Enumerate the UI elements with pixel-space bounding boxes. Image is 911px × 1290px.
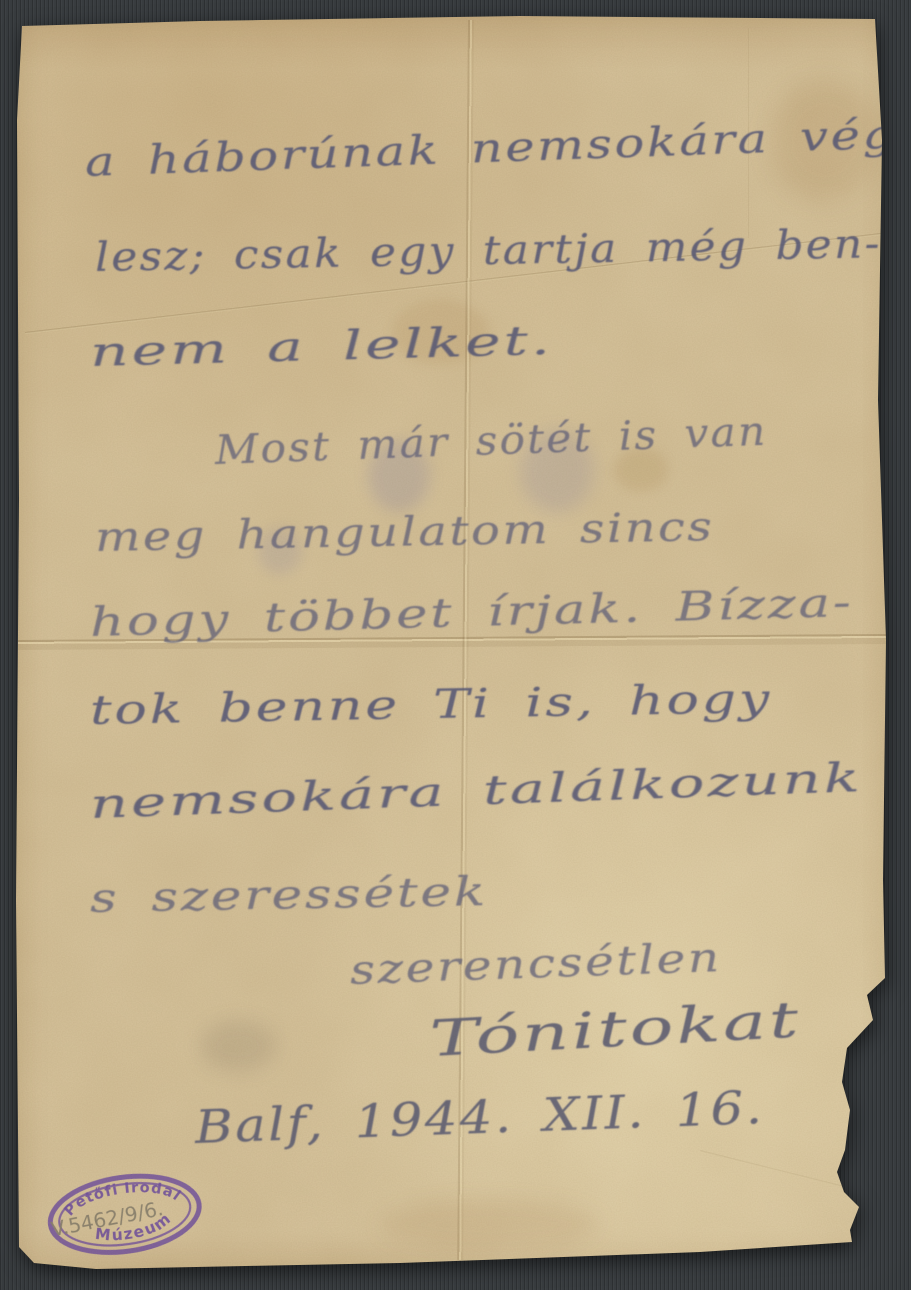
letter-line-2: lesz; csak egy tartja még ben- <box>95 221 882 281</box>
letter-line-4: Most már sötét is van <box>214 409 768 474</box>
letter-line-1: a háborúnak nemsokára vége <box>84 111 911 186</box>
letter-paper: a háborúnak nemsokára vége lesz; csak eg… <box>0 0 911 1290</box>
crease-bottom-right <box>700 1150 846 1188</box>
paper-stain <box>200 1020 276 1072</box>
letter-line-7: tok benne Ti is, hogy <box>90 676 773 734</box>
museum-stamp: Petőfi Irodalmi Múzeum V.5462/9/6. <box>36 1159 217 1274</box>
fold-crease-vertical <box>457 20 474 1260</box>
paper-wrap: a háborúnak nemsokára vége lesz; csak eg… <box>0 0 911 1290</box>
signature: Tónitokat <box>428 991 802 1068</box>
letter-line-10: szerencsétlen <box>349 935 722 994</box>
letter-line-3: nem a lelket. <box>89 318 553 376</box>
paper-stain <box>380 1200 600 1250</box>
letter-line-8: nemsokára találkozunk <box>89 755 863 828</box>
letter-line-6: hogy többet írjak. Bízza- <box>89 580 854 646</box>
letter-line-9: s szeressétek <box>90 869 489 922</box>
letter-line-5: meg hangulatom sincs <box>95 504 715 561</box>
dateline: Balf, 1944. XII. 16. <box>194 1080 765 1154</box>
